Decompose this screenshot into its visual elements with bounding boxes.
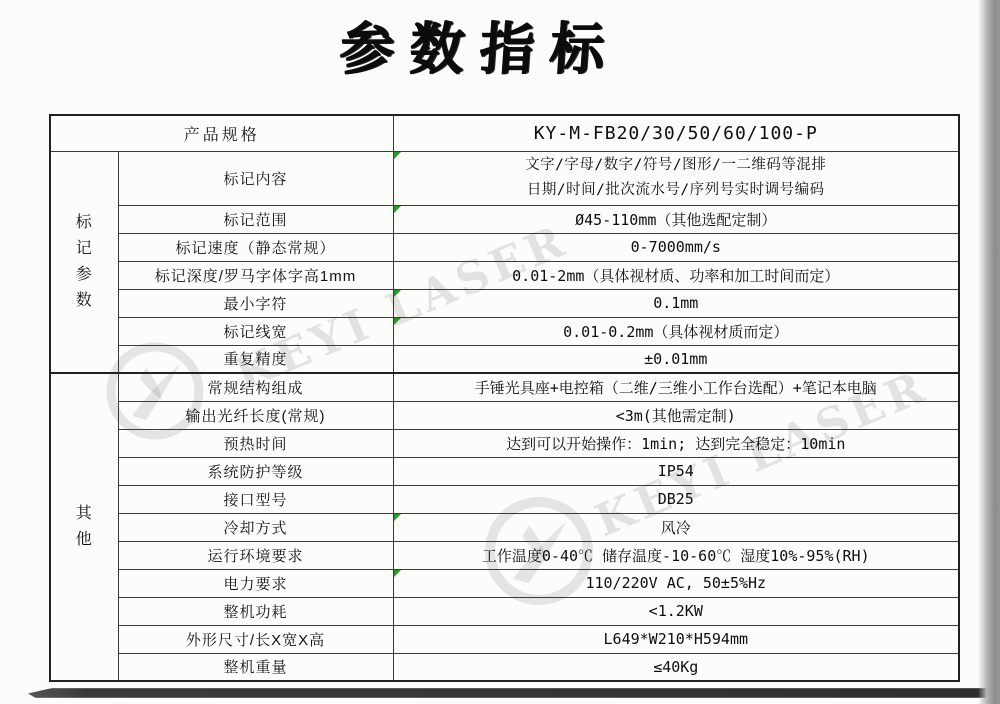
row-value: IP54	[393, 457, 959, 485]
row-label: 运行环境要求	[118, 541, 393, 569]
row-value: 0.01-0.2mm（具体视材质而定）	[393, 317, 959, 345]
row-label: 输出光纤长度(常规)	[118, 401, 393, 429]
table-row: 系统防护等级IP54	[50, 457, 959, 485]
row-value: 0-7000mm/s	[393, 233, 959, 261]
table-row: 整机功耗<1.2KW	[50, 597, 959, 625]
row-value: L649*W210*H594mm	[393, 625, 959, 653]
table-row: 标记范围Ø45-110mm（其他选配定制）	[50, 205, 959, 233]
row-value: ±0.01mm	[393, 345, 959, 373]
row-label: 整机功耗	[118, 597, 393, 625]
spec-table: 产品规格KY-M-FB20/30/50/60/100-P标记参数标记内容文字/字…	[49, 114, 960, 682]
table-row: 预热时间达到可以开始操作：1min; 达到完全稳定：10min	[50, 429, 959, 457]
page-title: 参数指标	[0, 4, 963, 84]
table-row: 电力要求110/220V AC, 50±5%Hz	[50, 569, 959, 597]
table-row: 最小字符0.1mm	[50, 289, 959, 317]
row-value: DB25	[393, 485, 959, 513]
table-row: 标记速度（静态常规）0-7000mm/s	[50, 233, 959, 261]
row-label: 系统防护等级	[118, 457, 393, 485]
row-label: 电力要求	[118, 569, 393, 597]
row-label: 常规结构组成	[118, 373, 393, 401]
table-row: 标记深度/罗马字体字高1mm0.01-2mm（具体视材质、功率和加工时间而定）	[50, 261, 959, 289]
row-value: 文字/字母/数字/符号/图形/一二维码等混排日期/时间/批次流水号/序列号实时调…	[393, 151, 959, 205]
table-row: 运行环境要求工作温度0-40℃ 储存温度-10-60℃ 湿度10%-95%(RH…	[50, 541, 959, 569]
table-row: 整机重量≤40Kg	[50, 653, 959, 681]
row-value: <3m(其他需定制)	[393, 401, 959, 429]
row-value: 风冷	[393, 513, 959, 541]
table-row: 接口型号DB25	[50, 485, 959, 513]
product-spec-label: 产品规格	[50, 115, 393, 151]
row-label: 整机重量	[118, 653, 393, 681]
table-row: 重复精度±0.01mm	[50, 345, 959, 373]
row-value: 110/220V AC, 50±5%Hz	[393, 569, 959, 597]
row-label: 标记线宽	[118, 317, 393, 345]
table-row: 输出光纤长度(常规)<3m(其他需定制)	[50, 401, 959, 429]
row-label: 外形尺寸/长X宽X高	[118, 625, 393, 653]
page-edge-shade	[978, 0, 1000, 704]
row-label: 接口型号	[118, 485, 393, 513]
group-header-other: 其他	[50, 373, 118, 681]
row-value: Ø45-110mm（其他选配定制）	[393, 205, 959, 233]
table-row: 其他常规结构组成手锤光具座+电控箱（二维/三维小工作台选配）+笔记本电脑	[50, 373, 959, 401]
table-row: 外形尺寸/长X宽X高L649*W210*H594mm	[50, 625, 959, 653]
table-row: 产品规格KY-M-FB20/30/50/60/100-P	[50, 115, 959, 151]
row-label: 标记深度/罗马字体字高1mm	[118, 261, 393, 289]
row-value: 手锤光具座+电控箱（二维/三维小工作台选配）+笔记本电脑	[393, 373, 959, 401]
group-header-marking-params: 标记参数	[50, 151, 118, 373]
row-label: 标记速度（静态常规）	[118, 233, 393, 261]
row-label: 标记内容	[118, 151, 393, 205]
table-row: 标记参数标记内容文字/字母/数字/符号/图形/一二维码等混排日期/时间/批次流水…	[50, 151, 959, 205]
table-row: 标记线宽0.01-0.2mm（具体视材质而定）	[50, 317, 959, 345]
row-value: 工作温度0-40℃ 储存温度-10-60℃ 湿度10%-95%(RH)	[393, 541, 959, 569]
row-label: 预热时间	[118, 429, 393, 457]
product-spec-value: KY-M-FB20/30/50/60/100-P	[393, 115, 959, 151]
row-value: 0.01-2mm（具体视材质、功率和加工时间而定）	[393, 261, 959, 289]
row-value-line: 日期/时间/批次流水号/序列号实时调号编码	[398, 178, 955, 203]
spec-sheet-page: KEYI LASER KEYI LASER 参数指标 产品规格KY-M-FB20…	[0, 0, 1000, 704]
row-label: 重复精度	[118, 345, 393, 373]
row-value: 0.1mm	[393, 289, 959, 317]
row-label: 最小字符	[118, 289, 393, 317]
row-value-line: 文字/字母/数字/符号/图形/一二维码等混排	[398, 153, 955, 178]
page-bottom-edge	[28, 688, 994, 698]
row-value: 达到可以开始操作：1min; 达到完全稳定：10min	[393, 429, 959, 457]
row-label: 冷却方式	[118, 513, 393, 541]
row-value: ≤40Kg	[393, 653, 959, 681]
table-row: 冷却方式风冷	[50, 513, 959, 541]
row-value: <1.2KW	[393, 597, 959, 625]
row-label: 标记范围	[118, 205, 393, 233]
